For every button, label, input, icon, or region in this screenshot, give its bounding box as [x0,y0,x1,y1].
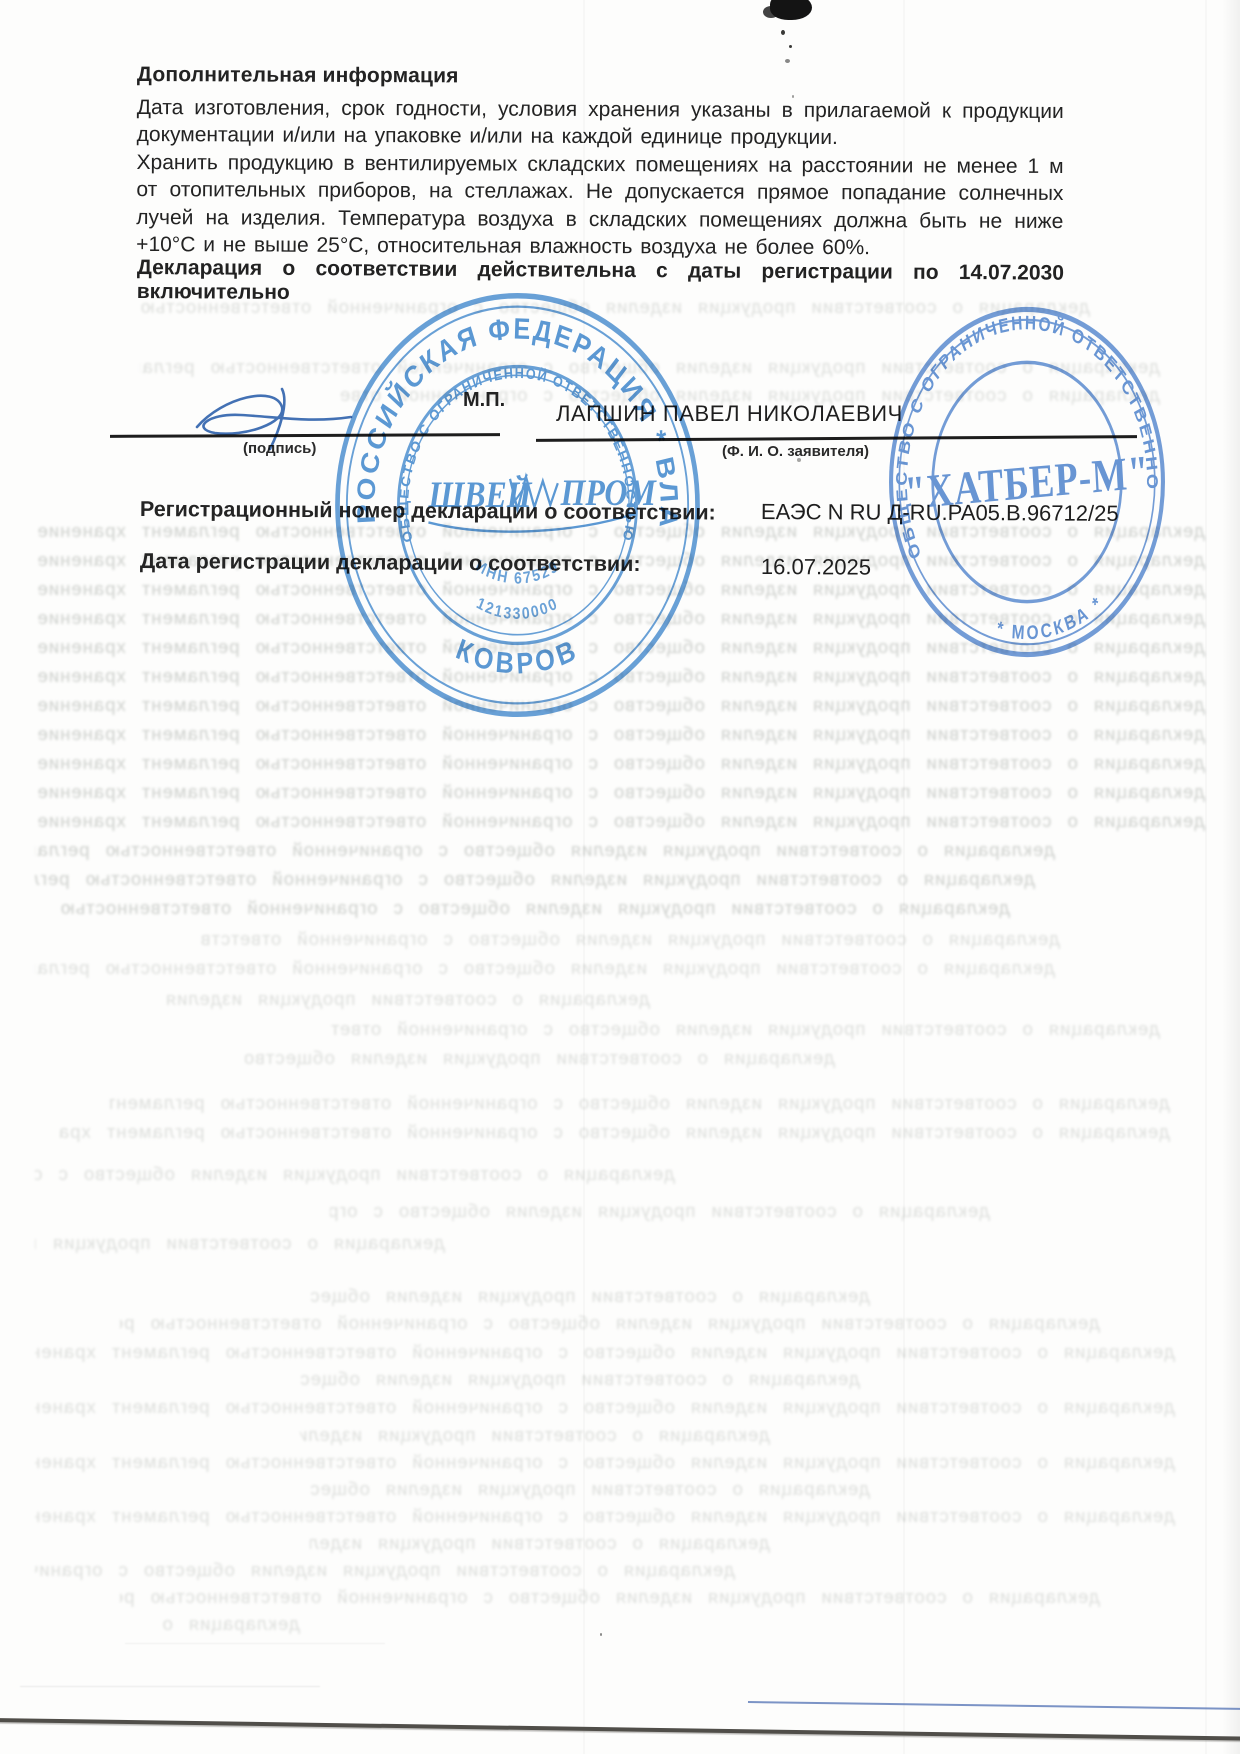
bleedthrough-text-row: декларация о соответствии продукция изде… [35,1396,1175,1418]
stamp-left-ogrn-arc: 121330000 [474,594,561,623]
additional-info-block: Дополнительная информация Дата изготовле… [136,63,1064,262]
bleedthrough-text-row: декларация о соответствии продукция изде… [35,1341,1175,1363]
svg-text:КОВРОВ: КОВРОВ [452,632,583,680]
ink-blot [763,6,779,18]
bleedthrough-text-row: декларация о соответствии продукция изде… [60,1121,1170,1143]
stamp-left-outer-bottom-text: КОВРОВ [452,632,583,680]
bleedthrough-text-row: декларация о соответствии продукция изде… [35,752,1205,774]
bleedthrough-text-row: декларация о соответствии продукция изде… [35,1451,1175,1473]
declarant-caption: (Ф. И. О. заявителя) [722,443,869,460]
bleedthrough-text-row: декларация о соответствии продукция изде… [300,1424,770,1446]
svg-text:ИНН 67529: ИНН 67529 [473,557,562,588]
bleedthrough-text-row: декларация о соответствии продукция изде… [245,1047,835,1069]
svg-text:ОБЩЕСТВО С ОГРАНИЧЕННОЙ ОТВЕТС: ОБЩЕСТВО С ОГРАНИЧЕННОЙ ОТВЕТСТВЕННОСТЬЮ… [882,298,1166,564]
ink-speck [785,59,790,63]
stamp-right-ring-text: ОБЩЕСТВО С ОГРАНИЧЕННОЙ ОТВЕТСТВЕННОСТЬЮ… [882,298,1166,564]
scan-bottom-blue-line [748,1701,1240,1710]
scan-streak [1205,0,1207,1754]
bleedthrough-text-row: декларация о соответствии продукция изде… [150,988,650,1010]
bleedthrough-text-row: декларация о соответствии продукция изде… [35,839,1055,861]
bleedthrough-text-row: декларация о соответствии продукция изде… [35,781,1205,803]
svg-text:121330000: 121330000 [474,594,561,623]
additional-info-heading: Дополнительная информация [137,63,1064,91]
bleedthrough-text-row: декларация о соответствии продукция изде… [35,1505,1175,1527]
bleedthrough-text-row: декларация о соответствии продукция изде… [35,723,1205,745]
ink-speck [789,45,792,48]
svg-text:ОБЩЕСТВО С ОГРАНИЧЕННОЙ ОТВЕТС: ОБЩЕСТВО С ОГРАНИЧЕННОЙ ОТВЕТСТВЕННОСТЬЮ [397,365,638,544]
bleedthrough-text-row: декларация о соответствии продукция изде… [35,810,1205,832]
bleedthrough-text-row: декларация о соответствии продукция изде… [310,1532,770,1554]
bleedthrough-text-row: декларация о соответствии продукция изде… [35,957,1055,979]
scan-faint-squiggle [125,1643,385,1644]
bleedthrough-text-row: декларация о соответствии продукция изде… [120,1586,1100,1608]
bleedthrough-text-row: декларация о соответствии продукция изде… [35,1163,675,1185]
bleedthrough-text-row: декларация о соответствии продукция изде… [160,1613,300,1635]
bleedthrough-text-row: декларация о соответствии продукция изде… [330,1200,990,1222]
ink-speck [600,1633,602,1636]
logo-underline-swoosh [428,514,634,532]
storage-paragraph-1: Дата изготовления, срок годности, услови… [137,94,1064,153]
bleedthrough-text-row: декларация о соответствии продукция изде… [200,928,1060,950]
bleedthrough-text-row: декларация о соответствии продукция изде… [120,1312,1100,1334]
stamp-left-inn-arc: ИНН 67529 [473,557,562,588]
bleedthrough-text-row: декларация о соответствии продукция изде… [35,868,1035,890]
reg-date-value: 16.07.2025 [761,554,871,581]
stamp-left-logo-word2: ПРОМ [560,473,657,514]
stamp-left-logo: ШВЕЙ ПРОМ [428,473,657,532]
scanned-declaration-page: декларация о соответствии продукция изде… [0,0,1240,1754]
stamp-right-center-text: "ХАТБЕР-М" [903,446,1150,520]
bleedthrough-text-row: декларация о соответствии продукция изде… [110,1092,1170,1114]
bleedthrough-text-row: декларация о соответствии продукция изде… [310,1285,870,1307]
bleedthrough-text-row: декларация о соответствии продукция изде… [60,897,1010,919]
scan-faint-line [20,1686,320,1687]
scan-bottom-edge [0,1718,1240,1740]
storage-paragraph-2: Хранить продукцию в вентилируемых складс… [136,149,1063,263]
stamp-shveiprom: РОССИЙСКАЯ ФЕДЕРАЦИЯ * ВЛАДИМИРСКАЯ ОБЛ.… [330,287,705,723]
bleedthrough-text-row: декларация о соответствии продукция изде… [310,1478,870,1500]
bleedthrough-text-row: декларация о соответствии продукция изде… [35,1559,735,1581]
stamp-hatber-m: ОБЩЕСТВО С ОГРАНИЧЕННОЙ ОТВЕТСТВЕННОСТЬЮ… [882,298,1172,666]
bleedthrough-text-row: декларация о соответствии продукция изде… [300,1368,860,1390]
bleedthrough-text-row: декларация о соответствии продукция изде… [35,1232,445,1254]
page-edge-shadow [1222,0,1240,1754]
ink-speck [781,30,785,35]
stamp-left-inner-ring-text: ОБЩЕСТВО С ОГРАНИЧЕННОЙ ОТВЕТСТВЕННОСТЬЮ [397,365,638,544]
bleedthrough-text-row: декларация о соответствии продукция изде… [330,1018,1160,1040]
